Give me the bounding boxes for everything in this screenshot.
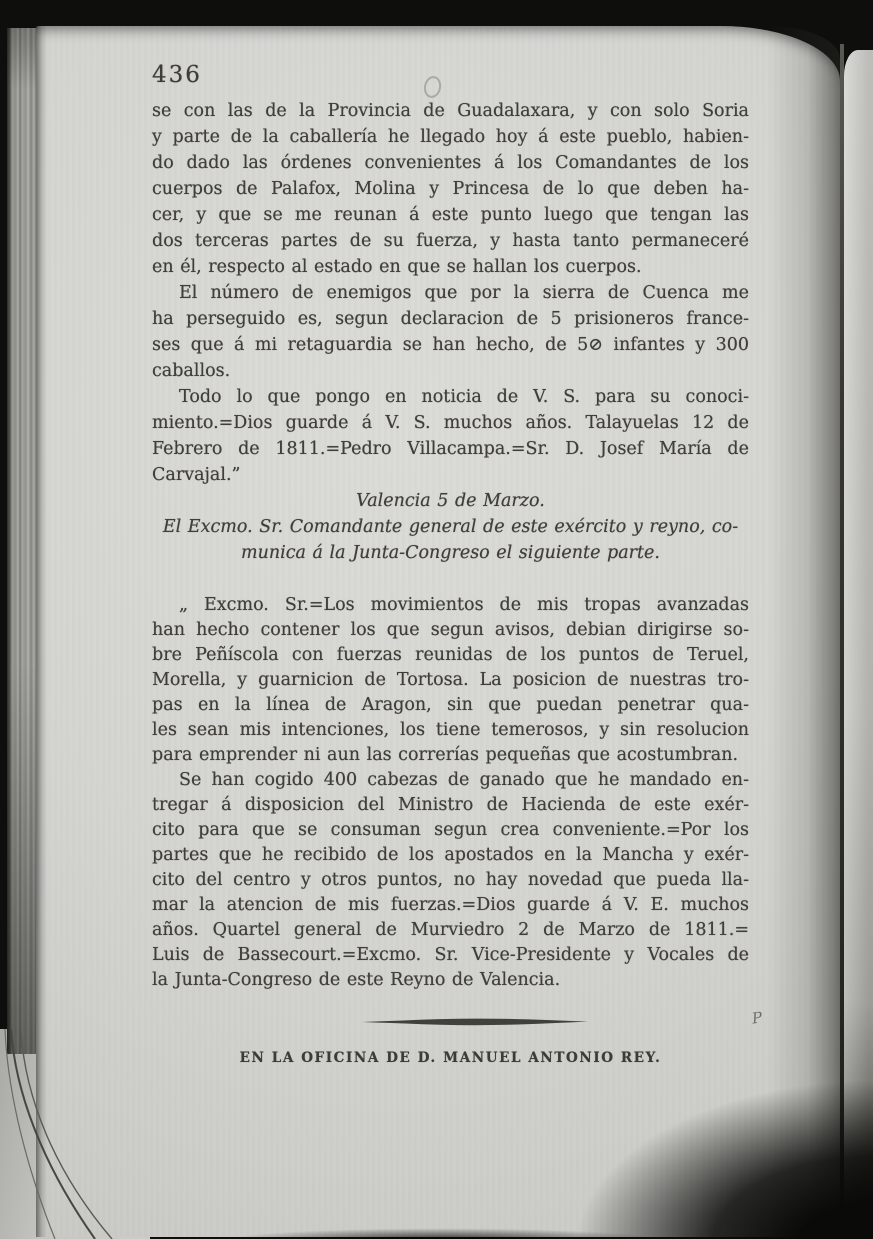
text-line: munica á la Junta-Congreso el siguiente … — [152, 540, 749, 566]
text-line: caballos. — [152, 358, 749, 384]
book-page-photo: 436 se con las de la Provincia de Guadal… — [0, 0, 873, 1239]
bottom-right-shadow — [573, 1079, 873, 1239]
text-line: en él, respecto al estado en que se hall… — [152, 254, 749, 280]
ornamental-rule — [360, 1017, 590, 1027]
text-line: Se han cogido 400 cabezas de ganado que … — [152, 768, 749, 793]
text-section-lower: „ Excmo. Sr.=Los movimientos de mis trop… — [152, 593, 749, 993]
curled-page-edges — [0, 1029, 170, 1239]
text-line: mar la atencion de mis fuerzas.=Dios gua… — [152, 893, 749, 918]
text-line: El número de enemigos que por la sierra … — [152, 280, 749, 306]
text-line: para emprender ni aun las correrías pequ… — [152, 743, 749, 768]
text-line: tregar á disposicion del Ministro de Hac… — [152, 793, 749, 818]
text-line: El Excmo. Sr. Comandante general de este… — [152, 514, 749, 540]
text-line: Luis de Bassecourt.=Excmo. Sr. Vice-Pres… — [152, 943, 749, 968]
text-column: se con las de la Provincia de Guadalaxar… — [152, 98, 749, 993]
text-line: partes que he recibido de los apostados … — [152, 843, 749, 868]
text-line: Valencia 5 de Marzo. — [152, 488, 749, 514]
text-line: cer, y que se me reunan á este punto lue… — [152, 202, 749, 228]
text-line: cito del centro y otros puntos, no hay n… — [152, 868, 749, 893]
text-line: cuerpos de Palafox, Molina y Princesa de… — [152, 176, 749, 202]
text-line: Carvajal.” — [152, 462, 749, 488]
text-line: bre Peñíscola con fuerzas reunidas de lo… — [152, 643, 749, 668]
text-line: „ Excmo. Sr.=Los movimientos de mis trop… — [152, 593, 749, 618]
text-line: les sean mis intenciones, los tiene teme… — [152, 718, 749, 743]
bottom-edge-shadow — [150, 1227, 683, 1239]
text-line: miento.=Dios guarde á V. S. muchos años.… — [152, 410, 749, 436]
text-line: y parte de la caballería he llegado hoy … — [152, 124, 749, 150]
text-line: se con las de la Provincia de Guadalaxar… — [152, 98, 749, 124]
facing-page-edge — [844, 50, 873, 1239]
text-line: cito para que se consuman segun crea con… — [152, 818, 749, 843]
text-line: Morella, y guarnicion de Tortosa. La pos… — [152, 668, 749, 693]
text-line: dos terceras partes de su fuerza, y hast… — [152, 228, 749, 254]
text-line: Febrero de 1811.=Pedro Villacampa.=Sr. D… — [152, 436, 749, 462]
text-line: han hecho contener los que segun avisos,… — [152, 618, 749, 643]
text-line: Todo lo que pongo en noticia de V. S. pa… — [152, 384, 749, 410]
page-number: 436 — [152, 62, 202, 88]
page-edge-stack — [7, 28, 37, 1054]
text-line: pas en la línea de Aragon, sin que pueda… — [152, 693, 749, 718]
printer-imprint: EN LA OFICINA DE D. MANUEL ANTONIO REY. — [152, 1050, 749, 1066]
margin-mark: P — [751, 1008, 764, 1027]
text-line: ha perseguido es, segun declaracion de 5… — [152, 306, 749, 332]
ink-smudge — [422, 74, 443, 99]
text-section-upper: se con las de la Provincia de Guadalaxar… — [152, 98, 749, 566]
text-line: años. Quartel general de Murviedro 2 de … — [152, 918, 749, 943]
text-line: la Junta-Congreso de este Reyno de Valen… — [152, 968, 749, 993]
text-line: do dado las órdenes convenientes á los C… — [152, 150, 749, 176]
text-line: ses que á mi retaguardia se han hecho, d… — [152, 332, 749, 358]
